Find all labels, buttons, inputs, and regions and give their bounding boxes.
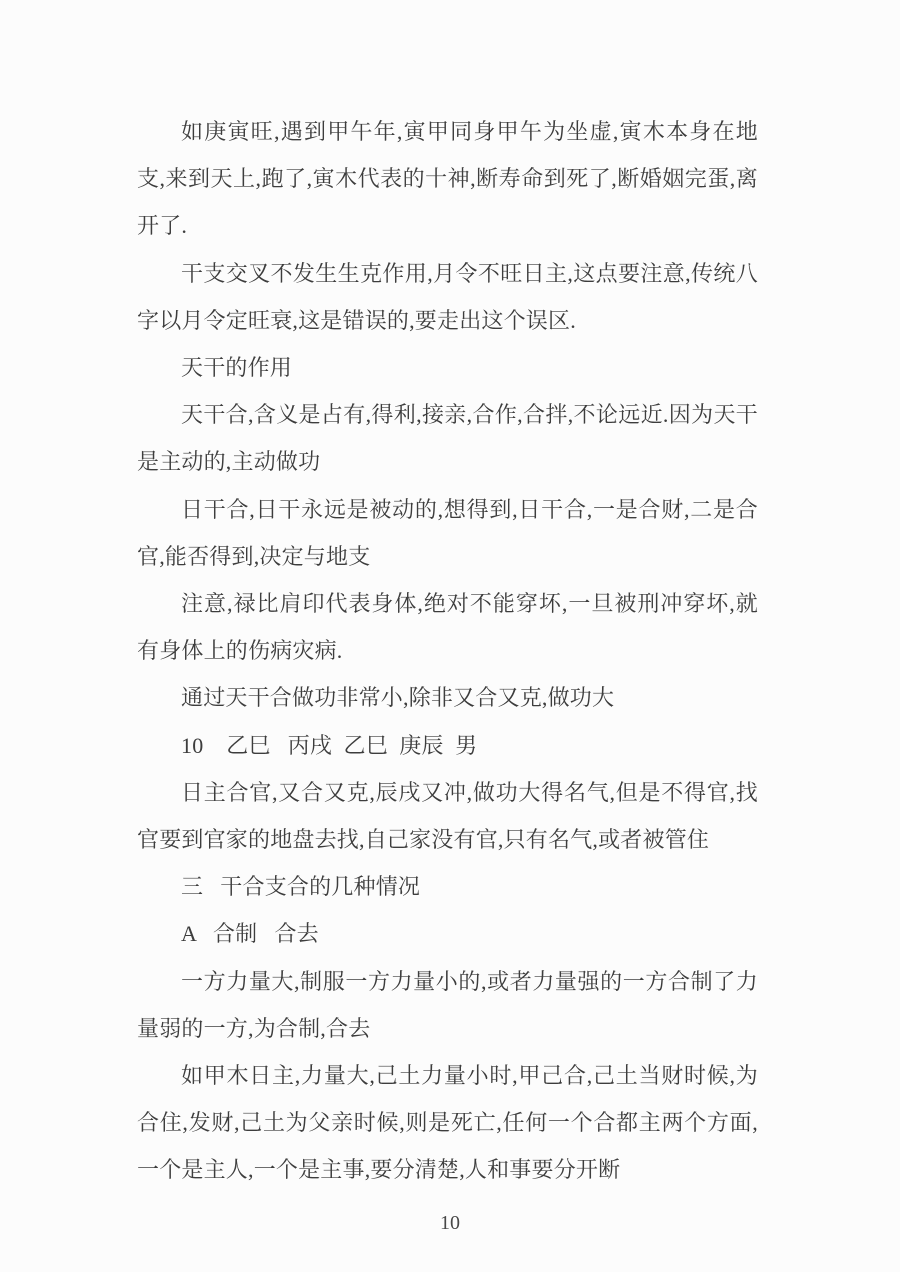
paragraph: 如庚寅旺,遇到甲午年,寅甲同身甲午为坐虚,寅木本身在地支,来到天上,跑了,寅木代… <box>137 108 758 250</box>
paragraph: 日干合,日干永远是被动的,想得到,日干合,一是合财,二是合官,能否得到,决定与地… <box>137 486 758 580</box>
paragraph: 注意,禄比肩印代表身体,绝对不能穿坏,一旦被刑冲穿坏,就有身体上的伤病灾病. <box>137 580 758 674</box>
paragraph: 天干合,含义是占有,得利,接亲,合作,合拌,不论远近.因为天干是主动的,主动做功 <box>137 391 758 485</box>
paragraph: 干支交叉不发生生克作用,月令不旺日主,这点要注意,传统八字以月令定旺衰,这是错误… <box>137 250 758 344</box>
paragraph: 通过天干合做功非常小,除非又合又克,做功大 <box>137 674 758 721</box>
paragraph: 一方力量大,制服一方力量小的,或者力量强的一方合制了力量弱的一方,为合制,合去 <box>137 958 758 1052</box>
section-heading: 三 干合支合的几种情况 <box>137 863 758 910</box>
document-page: 如庚寅旺,遇到甲午年,寅甲同身甲午为坐虚,寅木本身在地支,来到天上,跑了,寅木代… <box>0 0 900 1272</box>
document-body: 如庚寅旺,遇到甲午年,寅甲同身甲午为坐虚,寅木本身在地支,来到天上,跑了,寅木代… <box>137 108 758 1194</box>
paragraph: 日主合官,又合又克,辰戌又冲,做功大得名气,但是不得官,找官要到官家的地盘去找,… <box>137 769 758 863</box>
bazi-chart-line: 10 乙巳 丙戌 乙巳 庚辰 男 <box>137 722 758 769</box>
section-heading: 天干的作用 <box>137 344 758 391</box>
section-heading: A 合制 合去 <box>137 910 758 957</box>
page-number: 10 <box>0 1210 900 1236</box>
paragraph: 如甲木日主,力量大,己土力量小时,甲己合,己土当财时候,为合住,发财,己土为父亲… <box>137 1052 758 1194</box>
